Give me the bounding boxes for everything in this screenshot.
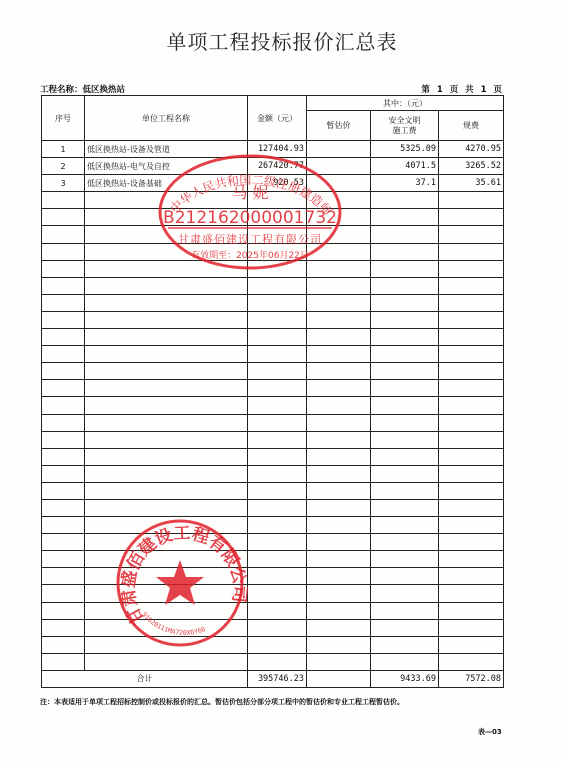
empty-cell [307,568,371,585]
empty-cell [371,534,439,551]
table-row-empty [42,636,504,653]
empty-cell [248,517,307,534]
empty-cell [248,346,307,363]
cell-name: 低区换热站-设备基础 [85,175,248,192]
cell-amount: 920.53 [248,175,307,192]
table-row-empty [42,414,504,431]
empty-cell [85,277,248,294]
table-row-empty [42,448,504,465]
cell-seq: 1 [42,141,85,158]
header-amount: 金额（元） [248,96,307,141]
empty-cell [371,192,439,209]
empty-cell [85,209,248,226]
empty-cell [307,243,371,260]
cell-fees: 35.61 [439,175,504,192]
empty-cell [439,363,504,380]
empty-cell [307,653,371,670]
empty-cell [439,243,504,260]
empty-cell [307,499,371,516]
empty-cell [248,431,307,448]
project-name: 工程名称：低区换热站 [40,83,125,95]
cell-provisional [307,175,371,192]
table-row-empty [42,329,504,346]
table-row-empty [42,568,504,585]
empty-cell [307,448,371,465]
empty-cell [371,448,439,465]
empty-cell [439,329,504,346]
empty-cell [371,465,439,482]
empty-cell [439,346,504,363]
cell-name: 低区换热站-设备及管道 [85,141,248,158]
cell-name: 低区换热站-电气及自控 [85,158,248,175]
empty-cell [248,192,307,209]
empty-cell [371,311,439,328]
empty-cell [42,499,85,516]
table-row-empty [42,482,504,499]
empty-cell [248,277,307,294]
empty-cell [439,260,504,277]
empty-cell [307,431,371,448]
empty-cell [42,619,85,636]
table-row-empty [42,534,504,551]
table-row: 2低区换热站-电气及自控267420.774071.53265.52 [42,158,504,175]
empty-cell [439,517,504,534]
empty-cell [85,192,248,209]
empty-cell [248,397,307,414]
table-row-empty [42,192,504,209]
empty-cell [439,380,504,397]
empty-cell [371,551,439,568]
empty-cell [85,380,248,397]
header-seq: 序号 [42,96,85,141]
table-row-empty [42,363,504,380]
total-label: 合计 [42,670,248,687]
empty-cell [307,482,371,499]
empty-cell [42,380,85,397]
empty-cell [439,602,504,619]
empty-cell [248,636,307,653]
cell-provisional [307,158,371,175]
empty-cell [307,363,371,380]
cell-fees: 4270.95 [439,141,504,158]
cell-safety: 37.1 [371,175,439,192]
empty-cell [439,636,504,653]
empty-cell [85,534,248,551]
empty-cell [85,363,248,380]
empty-cell [248,534,307,551]
empty-cell [248,602,307,619]
table-row-empty [42,311,504,328]
empty-cell [371,499,439,516]
empty-cell [42,448,85,465]
table-row-empty [42,431,504,448]
total-safety: 9433.69 [371,670,439,687]
empty-cell [85,653,248,670]
empty-cell [248,209,307,226]
empty-cell [307,397,371,414]
empty-cell [439,499,504,516]
cell-amount: 267420.77 [248,158,307,175]
empty-cell [439,294,504,311]
empty-cell [42,226,85,243]
total-fees: 7572.08 [439,670,504,687]
table-row-empty [42,602,504,619]
empty-cell [439,414,504,431]
empty-cell [85,448,248,465]
form-number: 表—03 [478,727,502,737]
header-of-which: 其中：（元） [307,96,504,111]
empty-cell [85,260,248,277]
empty-cell [439,277,504,294]
empty-cell [42,517,85,534]
cell-seq: 3 [42,175,85,192]
table-row-empty [42,380,504,397]
empty-cell [42,329,85,346]
empty-cell [307,585,371,602]
empty-cell [307,636,371,653]
empty-cell [42,585,85,602]
empty-cell [42,431,85,448]
table-row: 1低区换热站-设备及管道127404.935325.094270.95 [42,141,504,158]
empty-cell [85,482,248,499]
empty-cell [42,568,85,585]
empty-cell [85,619,248,636]
empty-cell [307,329,371,346]
empty-cell [85,499,248,516]
empty-cell [371,260,439,277]
empty-cell [307,311,371,328]
total-amount: 395746.23 [248,670,307,687]
empty-cell [248,226,307,243]
empty-cell [248,294,307,311]
empty-cell [42,294,85,311]
empty-cell [439,619,504,636]
empty-cell [85,226,248,243]
empty-cell [42,192,85,209]
empty-cell [439,192,504,209]
empty-cell [85,397,248,414]
table-row: 3低区换热站-设备基础920.5337.135.61 [42,175,504,192]
empty-cell [42,346,85,363]
empty-cell [42,551,85,568]
empty-cell [248,619,307,636]
header-safety: 安全文明施工费 [371,111,439,141]
empty-cell [371,431,439,448]
empty-cell [85,636,248,653]
table-row-empty [42,226,504,243]
table-row-empty [42,465,504,482]
cell-provisional [307,141,371,158]
empty-cell [85,551,248,568]
total-row: 合计395746.239433.697572.08 [42,670,504,687]
empty-cell [307,551,371,568]
empty-cell [371,243,439,260]
cell-safety: 5325.09 [371,141,439,158]
cell-amount: 127404.93 [248,141,307,158]
empty-cell [371,226,439,243]
empty-cell [248,260,307,277]
table-row-empty [42,243,504,260]
empty-cell [42,243,85,260]
empty-cell [439,482,504,499]
empty-cell [248,311,307,328]
header-provisional: 暂估价 [307,111,371,141]
empty-cell [371,602,439,619]
empty-cell [439,551,504,568]
empty-cell [439,585,504,602]
empty-cell [307,346,371,363]
empty-cell [248,329,307,346]
empty-cell [42,363,85,380]
empty-cell [371,329,439,346]
empty-cell [371,363,439,380]
table-row-empty [42,294,504,311]
table-row-empty [42,277,504,294]
empty-cell [85,243,248,260]
empty-cell [307,602,371,619]
empty-cell [248,465,307,482]
empty-cell [439,209,504,226]
table-row-empty [42,551,504,568]
total-provisional [307,670,371,687]
empty-cell [85,329,248,346]
empty-cell [42,653,85,670]
empty-cell [371,380,439,397]
table-row-empty [42,346,504,363]
cell-seq: 2 [42,158,85,175]
empty-cell [85,465,248,482]
empty-cell [42,465,85,482]
empty-cell [42,277,85,294]
table-row-empty [42,209,504,226]
empty-cell [439,568,504,585]
table-row-empty [42,499,504,516]
empty-cell [439,653,504,670]
empty-cell [439,311,504,328]
table-row-empty [42,260,504,277]
empty-cell [248,243,307,260]
header-fees: 规费 [439,111,504,141]
empty-cell [307,226,371,243]
empty-cell [85,294,248,311]
summary-table: 序号 单位工程名称 金额（元） 其中：（元） 暂估价 安全文明施工费 规费 1低… [41,95,504,688]
empty-cell [307,294,371,311]
empty-cell [85,346,248,363]
empty-cell [248,363,307,380]
empty-cell [42,636,85,653]
empty-cell [248,499,307,516]
empty-cell [307,414,371,431]
empty-cell [371,517,439,534]
empty-cell [307,465,371,482]
empty-cell [307,192,371,209]
document-title: 单项工程投标报价汇总表 [0,26,564,55]
empty-cell [439,431,504,448]
empty-cell [42,397,85,414]
empty-cell [371,209,439,226]
empty-cell [42,209,85,226]
empty-cell [85,517,248,534]
footnote: 注：本表适用于单项工程招标控制价或投标报价的汇总。暂估价包括分部分项工程中的暂估… [40,697,404,707]
empty-cell [307,277,371,294]
empty-cell [248,448,307,465]
empty-cell [371,294,439,311]
empty-cell [85,602,248,619]
page-info: 第 1 页 共 1 页 [421,83,502,95]
empty-cell [42,482,85,499]
empty-cell [307,619,371,636]
table-row-empty [42,619,504,636]
empty-cell [439,465,504,482]
empty-cell [371,619,439,636]
empty-cell [439,397,504,414]
empty-cell [85,568,248,585]
empty-cell [371,585,439,602]
empty-cell [371,636,439,653]
empty-cell [439,226,504,243]
empty-cell [42,534,85,551]
empty-cell [248,653,307,670]
empty-cell [371,414,439,431]
empty-cell [248,482,307,499]
empty-cell [85,311,248,328]
empty-cell [42,602,85,619]
empty-cell [307,517,371,534]
empty-cell [307,209,371,226]
table-row-empty [42,397,504,414]
empty-cell [439,534,504,551]
cell-fees: 3265.52 [439,158,504,175]
empty-cell [371,653,439,670]
empty-cell [371,482,439,499]
empty-cell [42,311,85,328]
empty-cell [307,260,371,277]
cell-safety: 4071.5 [371,158,439,175]
empty-cell [307,534,371,551]
empty-cell [307,380,371,397]
empty-cell [248,414,307,431]
empty-cell [42,260,85,277]
empty-cell [85,585,248,602]
empty-cell [371,568,439,585]
empty-cell [42,414,85,431]
empty-cell [85,431,248,448]
table-row-empty [42,517,504,534]
empty-cell [371,346,439,363]
empty-cell [248,380,307,397]
empty-cell [371,277,439,294]
empty-cell [248,568,307,585]
empty-cell [85,414,248,431]
header-name: 单位工程名称 [85,96,248,141]
table-row-empty [42,585,504,602]
table-row-empty [42,653,504,670]
empty-cell [248,585,307,602]
empty-cell [371,397,439,414]
empty-cell [248,551,307,568]
empty-cell [439,448,504,465]
